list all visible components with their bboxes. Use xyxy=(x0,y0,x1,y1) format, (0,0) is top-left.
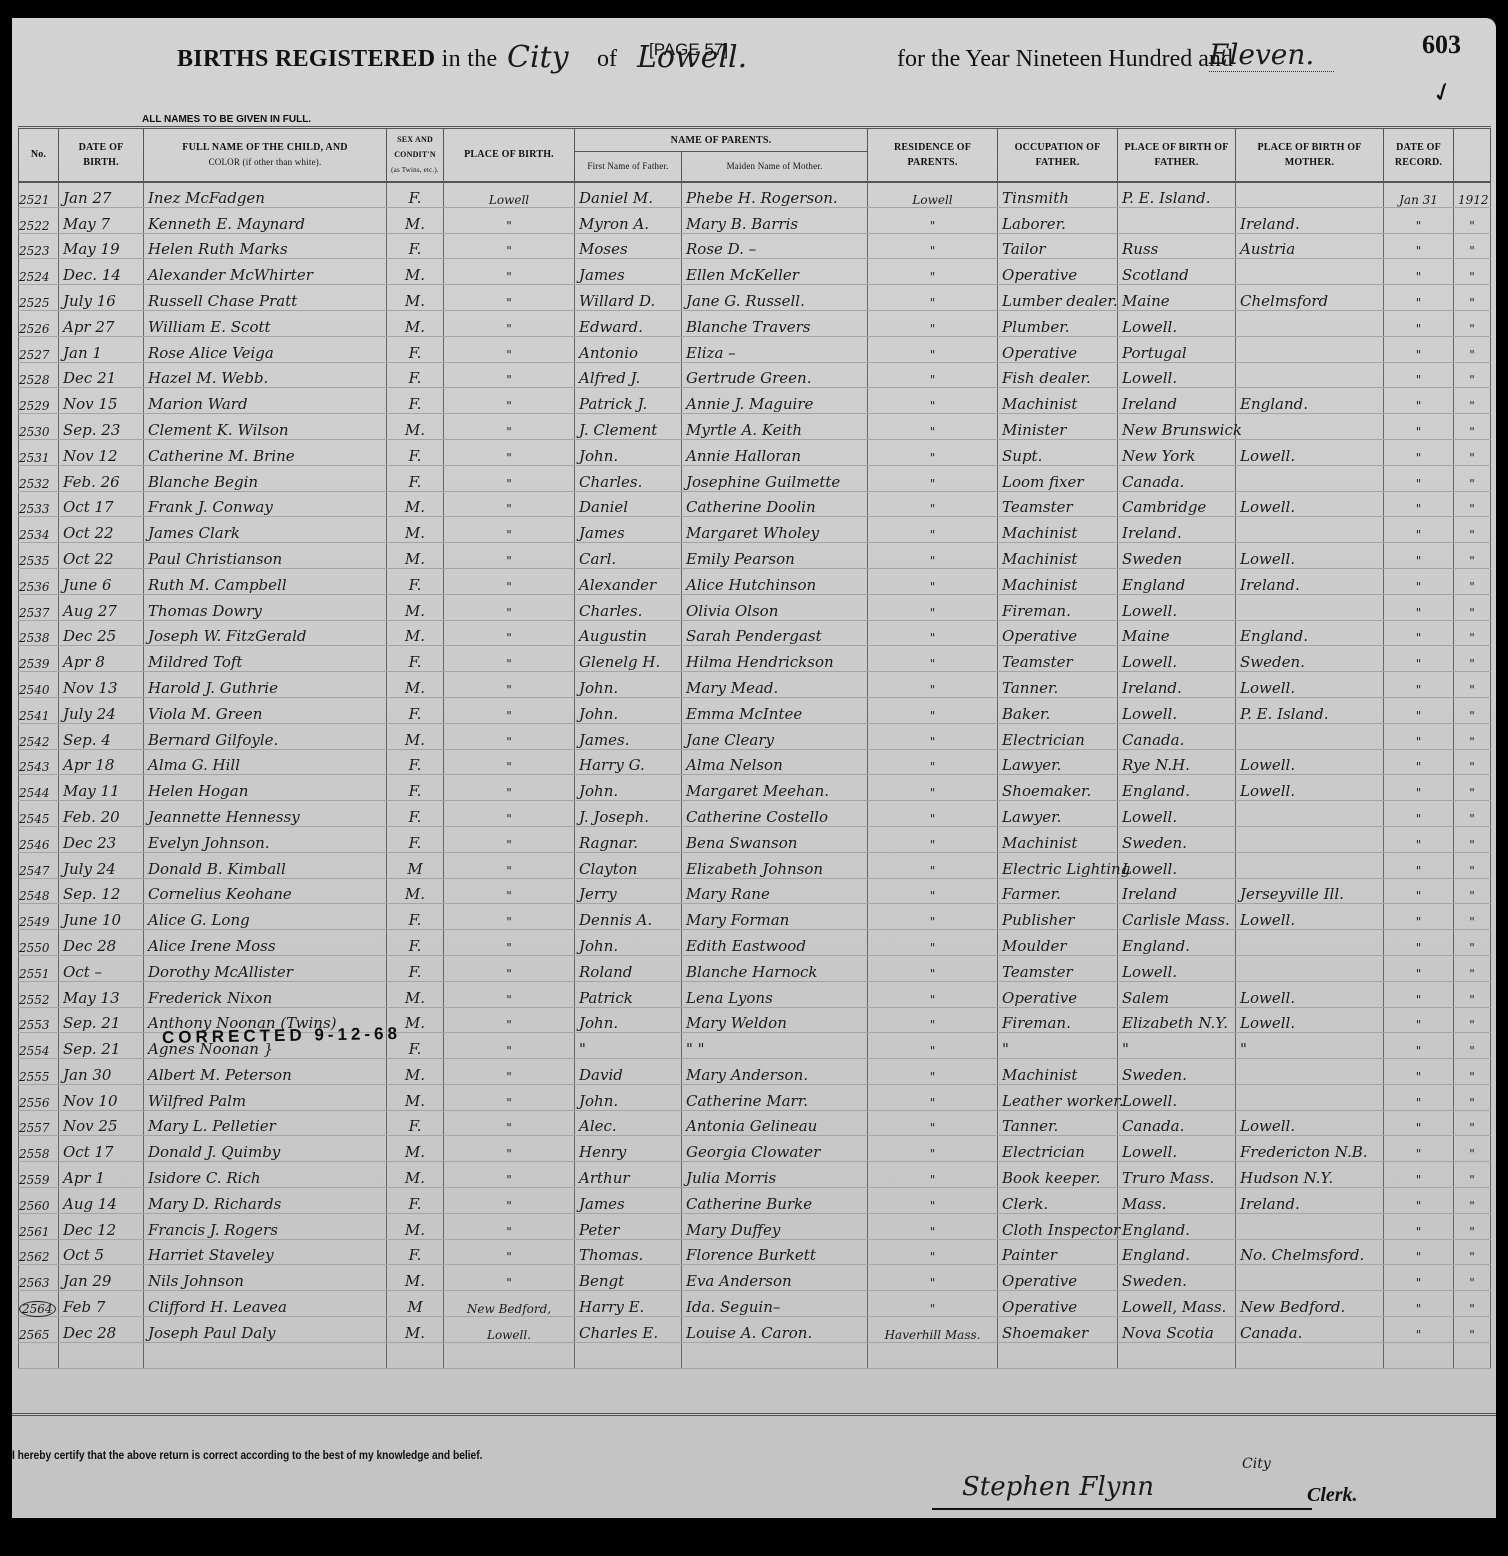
child-name-cell: Harriet Staveley xyxy=(144,1239,387,1265)
record-year-cell: " xyxy=(1454,517,1491,543)
place-of-birth-cell: " xyxy=(444,930,575,956)
col-header-child-name: FULL NAME OF THE CHILD, ANDCOLOR (if oth… xyxy=(144,128,387,182)
father-occupation-cell: Fireman. xyxy=(998,594,1118,620)
year-handwritten: Eleven. xyxy=(1209,38,1334,72)
mother-birthplace-cell xyxy=(1236,826,1384,852)
father-occupation-cell: Clerk. xyxy=(998,1188,1118,1214)
father-first-name-cell: Carl. xyxy=(575,543,682,569)
place-of-birth-cell: " xyxy=(444,749,575,775)
col-header-father-first-name: First Name of Father. xyxy=(575,152,682,182)
place-of-birth-cell: " xyxy=(444,1007,575,1033)
sex-cell: F. xyxy=(387,930,444,956)
father-birthplace-cell: New York xyxy=(1118,439,1236,465)
residence-cell: " xyxy=(868,1213,998,1239)
record-year-cell: " xyxy=(1454,285,1491,311)
father-birthplace-cell: " xyxy=(1118,1033,1236,1059)
mother-birthplace-cell: England. xyxy=(1236,620,1384,646)
father-first-name-cell: Myron A. xyxy=(575,207,682,233)
place-of-birth-cell: Lowell. xyxy=(444,1317,575,1343)
residence-cell: " xyxy=(868,826,998,852)
date-of-birth-cell: Dec 28 xyxy=(59,930,144,956)
table-row: 2538Dec 25Joseph W. FitzGeraldM."Augusti… xyxy=(19,620,1491,646)
father-first-name-cell: Augustin xyxy=(575,620,682,646)
father-first-name-cell: Edward. xyxy=(575,310,682,336)
record-year-cell: " xyxy=(1454,852,1491,878)
father-first-name-cell: John. xyxy=(575,672,682,698)
date-of-record-cell: " xyxy=(1384,414,1454,440)
mother-maiden-name-cell: Eva Anderson xyxy=(682,1265,868,1291)
father-birthplace-cell: Lowell. xyxy=(1118,310,1236,336)
mother-maiden-name-cell: Jane Cleary xyxy=(682,723,868,749)
date-of-record-cell: " xyxy=(1384,878,1454,904)
residence-cell: " xyxy=(868,414,998,440)
mother-birthplace-cell: England. xyxy=(1236,388,1384,414)
signature-city: City xyxy=(1242,1456,1271,1472)
record-year-cell: " xyxy=(1454,930,1491,956)
table-row: 2559Apr 1Isidore C. RichM."ArthurJulia M… xyxy=(19,1162,1491,1188)
mother-maiden-name-cell: Bena Swanson xyxy=(682,826,868,852)
child-name-cell: Evelyn Johnson. xyxy=(144,826,387,852)
table-row: 2565Dec 28Joseph Paul DalyM.Lowell.Charl… xyxy=(19,1317,1491,1343)
place-of-birth-cell: " xyxy=(444,517,575,543)
place-of-birth-cell: " xyxy=(444,1059,575,1085)
father-first-name-cell: Arthur xyxy=(575,1162,682,1188)
mother-birthplace-cell xyxy=(1236,1059,1384,1085)
father-occupation-cell: Baker. xyxy=(998,697,1118,723)
father-occupation-cell: Painter xyxy=(998,1239,1118,1265)
residence-cell: " xyxy=(868,930,998,956)
father-occupation-cell: Book keeper. xyxy=(998,1162,1118,1188)
date-of-birth-cell: Nov 13 xyxy=(59,672,144,698)
father-first-name-cell: J. Clement xyxy=(575,414,682,440)
record-year-cell: " xyxy=(1454,981,1491,1007)
father-first-name-cell: David xyxy=(575,1059,682,1085)
mother-maiden-name-cell: Josephine Guilmette xyxy=(682,465,868,491)
father-birthplace-cell: Scotland xyxy=(1118,259,1236,285)
residence-cell: " xyxy=(868,1033,998,1059)
place-of-birth-cell: " xyxy=(444,285,575,311)
father-birthplace-cell: Lowell. xyxy=(1118,955,1236,981)
record-number-cell: 2546 xyxy=(19,826,59,852)
date-of-record-cell: " xyxy=(1384,749,1454,775)
mother-birthplace-cell: Hudson N.Y. xyxy=(1236,1162,1384,1188)
residence-cell: " xyxy=(868,465,998,491)
date-of-birth-cell: July 24 xyxy=(59,852,144,878)
child-name-cell: Alma G. Hill xyxy=(144,749,387,775)
father-birthplace-cell xyxy=(1118,207,1236,233)
residence-cell: " xyxy=(868,1084,998,1110)
date-of-birth-cell: Jan 29 xyxy=(59,1265,144,1291)
date-of-record-cell: " xyxy=(1384,723,1454,749)
sex-cell: M xyxy=(387,1291,444,1317)
record-year-cell: " xyxy=(1454,878,1491,904)
sex-cell: M. xyxy=(387,981,444,1007)
mother-maiden-name-cell: Lena Lyons xyxy=(682,981,868,1007)
father-birthplace-cell: England xyxy=(1118,568,1236,594)
date-of-record-cell: " xyxy=(1384,620,1454,646)
record-number-cell: 2525 xyxy=(19,285,59,311)
residence-cell: " xyxy=(868,207,998,233)
table-row: 2529Nov 15Marion WardF."Patrick J.Annie … xyxy=(19,388,1491,414)
signature-title: Clerk. xyxy=(1307,1484,1358,1507)
sex-cell: M. xyxy=(387,259,444,285)
place-of-birth-cell: " xyxy=(444,414,575,440)
record-year-cell: " xyxy=(1454,1239,1491,1265)
date-of-record-cell: " xyxy=(1384,1162,1454,1188)
place-of-birth-cell: " xyxy=(444,233,575,259)
father-occupation-cell: Lawyer. xyxy=(998,801,1118,827)
record-year-cell: " xyxy=(1454,233,1491,259)
child-name-cell: Helen Hogan xyxy=(144,775,387,801)
table-row: 2528Dec 21Hazel M. Webb.F."Alfred J.Gert… xyxy=(19,362,1491,388)
record-year-cell: " xyxy=(1454,1059,1491,1085)
child-name-cell: Inez McFadgen xyxy=(144,182,387,208)
place-of-birth-cell: " xyxy=(444,362,575,388)
father-birthplace-cell: Sweden. xyxy=(1118,826,1236,852)
mother-birthplace-cell xyxy=(1236,414,1384,440)
date-of-record-cell: " xyxy=(1384,439,1454,465)
mother-maiden-name-cell: Emily Pearson xyxy=(682,543,868,569)
sex-cell: M. xyxy=(387,414,444,440)
footer-divider xyxy=(12,1413,1496,1416)
residence-cell: " xyxy=(868,646,998,672)
place-of-birth-cell: " xyxy=(444,1162,575,1188)
residence-cell: " xyxy=(868,259,998,285)
mother-maiden-name-cell: Florence Burkett xyxy=(682,1239,868,1265)
record-number-cell: 2543 xyxy=(19,749,59,775)
father-first-name-cell: Clayton xyxy=(575,852,682,878)
date-of-birth-cell: May 13 xyxy=(59,981,144,1007)
date-of-birth-cell: Dec 23 xyxy=(59,826,144,852)
record-year-cell: " xyxy=(1454,904,1491,930)
record-number-cell: 2523 xyxy=(19,233,59,259)
father-birthplace-cell: Cambridge xyxy=(1118,491,1236,517)
father-occupation-cell: Fish dealer. xyxy=(998,362,1118,388)
date-of-birth-cell: Oct 22 xyxy=(59,543,144,569)
father-birthplace-cell: Sweden xyxy=(1118,543,1236,569)
father-birthplace-cell: New Brunswick xyxy=(1118,414,1236,440)
record-number-cell: 2562 xyxy=(19,1239,59,1265)
father-birthplace-cell: Ireland. xyxy=(1118,517,1236,543)
sex-cell: F. xyxy=(387,775,444,801)
place-of-birth-cell: " xyxy=(444,491,575,517)
date-of-record-cell: " xyxy=(1384,1265,1454,1291)
father-occupation-cell: Publisher xyxy=(998,904,1118,930)
record-number-cell: 2532 xyxy=(19,465,59,491)
mother-maiden-name-cell: Phebe H. Rogerson. xyxy=(682,182,868,208)
father-occupation-cell: Machinist xyxy=(998,388,1118,414)
record-number-cell: 2555 xyxy=(19,1059,59,1085)
record-number-cell: 2526 xyxy=(19,310,59,336)
page-number: 603 xyxy=(1422,30,1461,60)
sex-cell: M. xyxy=(387,1059,444,1085)
father-occupation-cell: Lumber dealer. xyxy=(998,285,1118,311)
father-birthplace-cell: Canada. xyxy=(1118,1110,1236,1136)
date-of-record-cell: " xyxy=(1384,1110,1454,1136)
record-year-cell: " xyxy=(1454,1213,1491,1239)
mother-maiden-name-cell: Mary B. Barris xyxy=(682,207,868,233)
table-row: 2552May 13Frederick NixonM."PatrickLena … xyxy=(19,981,1491,1007)
table-row: 2551Oct –Dorothy McAllisterF."RolandBlan… xyxy=(19,955,1491,981)
father-occupation-cell: Electrician xyxy=(998,723,1118,749)
table-row: 2556Nov 10Wilfred PalmM."John.Catherine … xyxy=(19,1084,1491,1110)
place-of-birth-cell: " xyxy=(444,465,575,491)
table-row: 2531Nov 12Catherine M. BrineF."John.Anni… xyxy=(19,439,1491,465)
date-of-record-cell: " xyxy=(1384,775,1454,801)
sex-cell: F. xyxy=(387,233,444,259)
table-row: 2527Jan 1Rose Alice VeigaF."AntonioEliza… xyxy=(19,336,1491,362)
mother-birthplace-cell xyxy=(1236,1084,1384,1110)
place-of-birth-cell: " xyxy=(444,594,575,620)
mother-birthplace-cell: Lowell. xyxy=(1236,1110,1384,1136)
child-name-cell: Cornelius Keohane xyxy=(144,878,387,904)
father-first-name-cell: Charles. xyxy=(575,594,682,620)
date-of-record-cell: " xyxy=(1384,568,1454,594)
place-of-birth-cell: " xyxy=(444,1084,575,1110)
date-of-record-cell: " xyxy=(1384,207,1454,233)
date-of-birth-cell: Nov 15 xyxy=(59,388,144,414)
mother-birthplace-cell xyxy=(1236,1213,1384,1239)
signature-line xyxy=(932,1508,1312,1510)
sex-cell: M. xyxy=(387,1213,444,1239)
record-number-cell: 2524 xyxy=(19,259,59,285)
mother-birthplace-cell: Lowell. xyxy=(1236,439,1384,465)
child-name-cell: Russell Chase Pratt xyxy=(144,285,387,311)
father-birthplace-cell: Lowell. xyxy=(1118,801,1236,827)
father-occupation-cell: " xyxy=(998,1033,1118,1059)
mother-maiden-name-cell: Louise A. Caron. xyxy=(682,1317,868,1343)
residence-cell: " xyxy=(868,1291,998,1317)
father-first-name-cell: Alfred J. xyxy=(575,362,682,388)
child-name-cell: Wilfred Palm xyxy=(144,1084,387,1110)
mother-maiden-name-cell: Emma McIntee xyxy=(682,697,868,723)
mother-birthplace-cell xyxy=(1236,930,1384,956)
father-occupation-cell: Operative xyxy=(998,620,1118,646)
father-first-name-cell: Alec. xyxy=(575,1110,682,1136)
record-number-cell: 2559 xyxy=(19,1162,59,1188)
residence-cell: " xyxy=(868,1265,998,1291)
father-first-name-cell: Henry xyxy=(575,1136,682,1162)
residence-cell: " xyxy=(868,491,998,517)
record-year-cell: " xyxy=(1454,1317,1491,1343)
child-name-cell: Francis J. Rogers xyxy=(144,1213,387,1239)
mother-maiden-name-cell: Gertrude Green. xyxy=(682,362,868,388)
date-of-birth-cell: Jan 27 xyxy=(59,182,144,208)
father-first-name-cell: Patrick J. xyxy=(575,388,682,414)
child-name-cell: James Clark xyxy=(144,517,387,543)
father-first-name-cell: Roland xyxy=(575,955,682,981)
record-year-cell: " xyxy=(1454,465,1491,491)
record-number-cell: 2540 xyxy=(19,672,59,698)
date-of-birth-cell: Jan 1 xyxy=(59,336,144,362)
child-name-cell: Marion Ward xyxy=(144,388,387,414)
residence-cell: " xyxy=(868,310,998,336)
record-year-cell: " xyxy=(1454,1007,1491,1033)
father-birthplace-cell: Mass. xyxy=(1118,1188,1236,1214)
place-of-birth-cell: " xyxy=(444,646,575,672)
father-first-name-cell: Charles E. xyxy=(575,1317,682,1343)
record-number-cell: 2536 xyxy=(19,568,59,594)
mother-maiden-name-cell: Eliza – xyxy=(682,336,868,362)
col-header-record-year xyxy=(1454,128,1491,182)
record-number-cell: 2556 xyxy=(19,1084,59,1110)
mother-birthplace-cell: Lowell. xyxy=(1236,491,1384,517)
mother-birthplace-cell: Lowell. xyxy=(1236,1007,1384,1033)
date-of-record-cell: " xyxy=(1384,1239,1454,1265)
child-name-cell: Joseph W. FitzGerald xyxy=(144,620,387,646)
mother-maiden-name-cell: Sarah Pendergast xyxy=(682,620,868,646)
col-header-residence: RESIDENCE OF PARENTS. xyxy=(868,128,998,182)
mother-birthplace-cell: " xyxy=(1236,1033,1384,1059)
mother-maiden-name-cell: Blanche Harnock xyxy=(682,955,868,981)
child-name-cell: Blanche Begin xyxy=(144,465,387,491)
father-birthplace-cell: Ireland xyxy=(1118,388,1236,414)
place-of-birth-cell: " xyxy=(444,1033,575,1059)
mother-maiden-name-cell: Edith Eastwood xyxy=(682,930,868,956)
table-row: 2543Apr 18Alma G. HillF."Harry G.Alma Ne… xyxy=(19,749,1491,775)
father-first-name-cell: John. xyxy=(575,775,682,801)
place-of-birth-cell: " xyxy=(444,620,575,646)
father-first-name-cell: Charles. xyxy=(575,465,682,491)
col-header-date-of-record: DATE OF RECORD. xyxy=(1384,128,1454,182)
table-row: 2524Dec. 14Alexander McWhirterM."JamesEl… xyxy=(19,259,1491,285)
father-first-name-cell: Antonio xyxy=(575,336,682,362)
father-first-name-cell: Bengt xyxy=(575,1265,682,1291)
residence-cell: " xyxy=(868,1188,998,1214)
mother-birthplace-cell xyxy=(1236,517,1384,543)
child-name-cell: Paul Christianson xyxy=(144,543,387,569)
father-first-name-cell: Harry E. xyxy=(575,1291,682,1317)
record-year-cell: " xyxy=(1454,1110,1491,1136)
title-in-the: in the xyxy=(442,46,498,72)
date-of-record-cell: " xyxy=(1384,672,1454,698)
table-row: 2525July 16Russell Chase PrattM."Willard… xyxy=(19,285,1491,311)
residence-cell: " xyxy=(868,620,998,646)
father-birthplace-cell: Lowell. xyxy=(1118,362,1236,388)
father-occupation-cell: Tanner. xyxy=(998,672,1118,698)
record-number-cell: 2544 xyxy=(19,775,59,801)
mother-birthplace-cell xyxy=(1236,182,1384,208)
births-table: No. DATE OF BIRTH. FULL NAME OF THE CHIL… xyxy=(18,126,1490,1369)
mother-birthplace-cell: New Bedford. xyxy=(1236,1291,1384,1317)
place-of-birth-cell: Lowell xyxy=(444,182,575,208)
residence-cell: " xyxy=(868,852,998,878)
father-occupation-cell: Machinist xyxy=(998,1059,1118,1085)
table-row: 2544May 11Helen HoganF."John.Margaret Me… xyxy=(19,775,1491,801)
mother-birthplace-cell: Ireland. xyxy=(1236,568,1384,594)
residence-cell: " xyxy=(868,981,998,1007)
date-of-record-cell: " xyxy=(1384,955,1454,981)
record-year-cell: " xyxy=(1454,1291,1491,1317)
col-header-date-of-birth: DATE OF BIRTH. xyxy=(59,128,144,182)
record-year-cell: " xyxy=(1454,955,1491,981)
child-name-cell: Viola M. Green xyxy=(144,697,387,723)
record-number-cell: 2539 xyxy=(19,646,59,672)
father-birthplace-cell: Salem xyxy=(1118,981,1236,1007)
sex-cell: M. xyxy=(387,1136,444,1162)
record-number-cell: 2542 xyxy=(19,723,59,749)
clerk-signature: City Stephen Flynn Clerk. xyxy=(932,1468,1372,1518)
mother-birthplace-cell xyxy=(1236,310,1384,336)
father-first-name-cell: John. xyxy=(575,697,682,723)
mother-birthplace-cell: Ireland. xyxy=(1236,207,1384,233)
father-first-name-cell: Patrick xyxy=(575,981,682,1007)
sex-cell: F. xyxy=(387,388,444,414)
mother-maiden-name-cell: Annie Halloran xyxy=(682,439,868,465)
father-birthplace-cell: England. xyxy=(1118,775,1236,801)
date-of-birth-cell: Feb 7 xyxy=(59,1291,144,1317)
date-of-record-cell: " xyxy=(1384,801,1454,827)
sex-cell: M. xyxy=(387,878,444,904)
date-of-record-cell: " xyxy=(1384,285,1454,311)
date-of-birth-cell: Feb. 26 xyxy=(59,465,144,491)
sex-cell: F. xyxy=(387,955,444,981)
record-year-cell: " xyxy=(1454,336,1491,362)
mother-birthplace-cell xyxy=(1236,955,1384,981)
table-row: 2542Sep. 4Bernard Gilfoyle.M."James.Jane… xyxy=(19,723,1491,749)
date-of-birth-cell: June 6 xyxy=(59,568,144,594)
record-number-cell: 2558 xyxy=(19,1136,59,1162)
place-of-birth-cell: " xyxy=(444,1213,575,1239)
record-year-cell: " xyxy=(1454,697,1491,723)
mother-birthplace-cell: Lowell. xyxy=(1236,981,1384,1007)
date-of-record-cell: " xyxy=(1384,826,1454,852)
record-number-cell: 2549 xyxy=(19,904,59,930)
residence-cell: " xyxy=(868,904,998,930)
mother-birthplace-cell: No. Chelmsford. xyxy=(1236,1239,1384,1265)
date-of-birth-cell: Dec 12 xyxy=(59,1213,144,1239)
father-occupation-cell: Supt. xyxy=(998,439,1118,465)
father-birthplace-cell: Lowell. xyxy=(1118,1084,1236,1110)
record-number-cell: 2538 xyxy=(19,620,59,646)
father-occupation-cell: Machinist xyxy=(998,826,1118,852)
father-occupation-cell: Cloth Inspector xyxy=(998,1213,1118,1239)
table-row: 2545Feb. 20Jeannette HennessyF."J. Josep… xyxy=(19,801,1491,827)
table-row: 2530Sep. 23Clement K. WilsonM."J. Clemen… xyxy=(19,414,1491,440)
residence-cell: " xyxy=(868,723,998,749)
residence-cell: " xyxy=(868,801,998,827)
mother-maiden-name-cell: " " xyxy=(682,1033,868,1059)
corrected-stamp: CORRECTED 9-12-68 xyxy=(162,1024,401,1048)
sex-cell: F. xyxy=(387,439,444,465)
residence-cell: " xyxy=(868,878,998,904)
record-year-cell: " xyxy=(1454,1162,1491,1188)
father-first-name-cell: James. xyxy=(575,723,682,749)
record-year-cell: " xyxy=(1454,723,1491,749)
father-birthplace-cell: Sweden. xyxy=(1118,1059,1236,1085)
mother-maiden-name-cell: Mary Duffey xyxy=(682,1213,868,1239)
mother-maiden-name-cell: Margaret Wholey xyxy=(682,517,868,543)
date-of-record-cell: " xyxy=(1384,697,1454,723)
sex-cell: F. xyxy=(387,749,444,775)
sex-cell: M. xyxy=(387,207,444,233)
table-row: 2532Feb. 26Blanche BeginF."Charles.Josep… xyxy=(19,465,1491,491)
father-first-name-cell: Thomas. xyxy=(575,1239,682,1265)
father-occupation-cell: Plumber. xyxy=(998,310,1118,336)
residence-cell: " xyxy=(868,749,998,775)
record-number-cell: 2521 xyxy=(19,182,59,208)
table-row: 2558Oct 17Donald J. QuimbyM."HenryGeorgi… xyxy=(19,1136,1491,1162)
father-birthplace-cell: Canada. xyxy=(1118,465,1236,491)
record-year-cell: 1912 xyxy=(1454,182,1491,208)
place-of-birth-cell: " xyxy=(444,543,575,569)
residence-cell: " xyxy=(868,285,998,311)
record-year-cell: " xyxy=(1454,543,1491,569)
father-first-name-cell: Jerry xyxy=(575,878,682,904)
date-of-birth-cell: Feb. 20 xyxy=(59,801,144,827)
table-row: 2560Aug 14Mary D. RichardsF."JamesCather… xyxy=(19,1188,1491,1214)
table-row: 2550Dec 28Alice Irene MossF."John.Edith … xyxy=(19,930,1491,956)
